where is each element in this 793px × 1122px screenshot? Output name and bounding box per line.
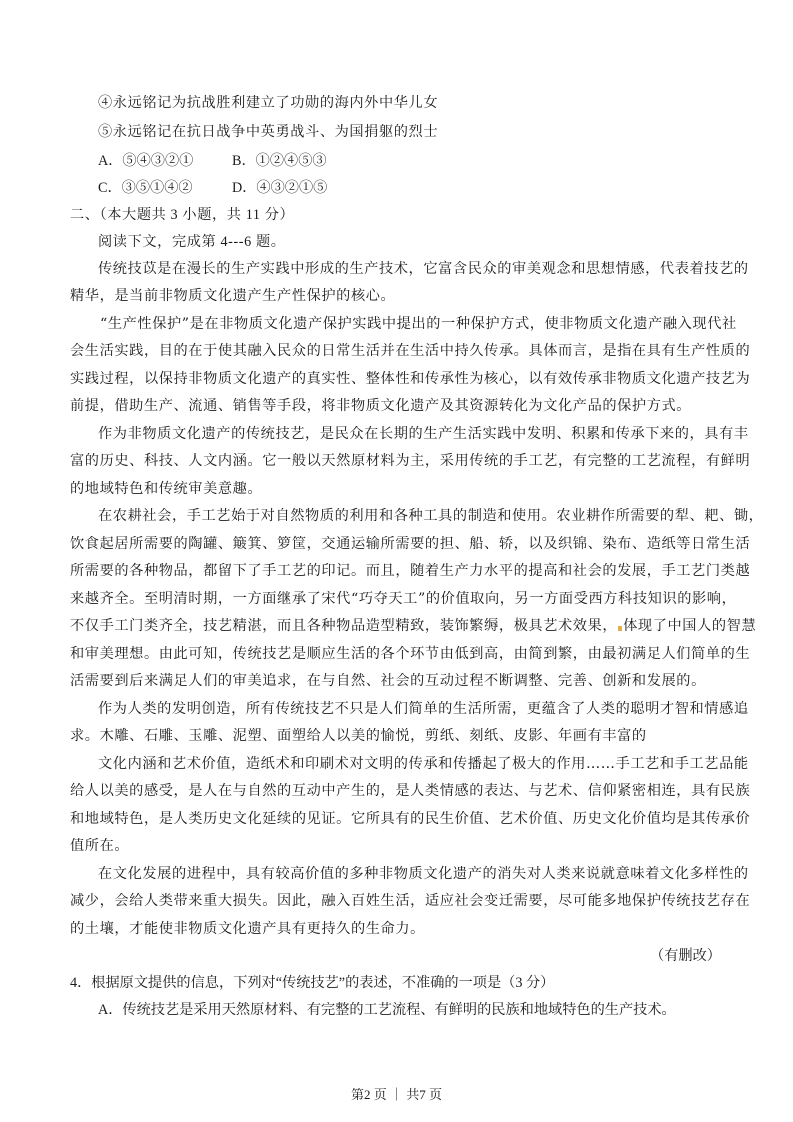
passage-line: 值所在。 (70, 835, 722, 857)
passage-line: 前提，借助生产、流通、销售等手段，将非物质文化遗产及其资源转化为文化产品的保护方… (70, 395, 722, 417)
page-footer: 第2 页 ｜ 共7 页 (0, 1084, 793, 1103)
passage-line: 的土壤，才能使非物质文化遗产具有更持久的生命力。 (70, 918, 722, 940)
question-4-stem: 4．根据原文提供的信息，下列对“传统技艺”的表述，不准确的一项是（3 分） (70, 972, 722, 994)
passage-text: 不仅手工门类齐全，技艺精湛，而且各种物品造型精致，装饰繁缛，极具艺术效果， (70, 618, 617, 634)
passage-line: 在农耕社会，手工艺始于对自然物质的利用和各种工具的制造和使用。农业耕作所需要的犁… (98, 505, 750, 527)
section-heading: 二、（本大题共 3 小题，共 11 分） (70, 204, 722, 226)
passage-line: 和地域特色，是人类历史文化延续的见证。它所具有的民生价值、艺术价值、历史文化价值… (70, 808, 722, 830)
choice-c: C．③⑤①④② (98, 177, 193, 199)
choice-d: D．④③②①⑤ (232, 177, 327, 199)
passage-line: 会生活实践，目的在于使其融入民众的日常生活并在生活中持久传承。具体而言，是指在具… (70, 340, 722, 362)
passage-line: 不仅手工门类齐全，技艺精湛，而且各种物品造型精致，装饰繁缛，极具艺术效果，体现了… (70, 615, 722, 637)
passage-line: 作为人类的发明创造，所有传统技艺不只是人们简单的生活所需，更蕴含了人类的聪明才智… (98, 698, 750, 720)
passage-line: 在文化发展的进程中，具有较高价值的多种非物质文化遗产的消失对人类来说就意味着文化… (98, 863, 750, 885)
passage-line: 给人以美的感受，是人在与自然的互动中产生的，是人类情感的表达、与艺术、信仰紧密相… (70, 780, 722, 802)
choice-b: B．①②④⑤③ (232, 150, 327, 172)
passage-line: 传统技苡是在漫长的生产实践中形成的生产技术，它富含民众的审美观念和思想情感，代表… (98, 258, 750, 280)
option-item-5: ⑤永远铭记在抗日战争中英勇战斗、为国捐躯的烈士 (98, 121, 750, 143)
passage-line: 作为非物质文化遗产的传统技艺，是民众在长期的生产生活实践中发明、积累和传承下来的… (98, 423, 750, 445)
passage-line: 精华，是当前非物质文化遗产生产性保护的核心。 (70, 285, 722, 307)
source-note: （有删改） (650, 945, 721, 967)
passage-line: “生产性保护”是在非物质文化遗产保护实践中提出的一种保护方式，使非物质文化遗产融… (100, 313, 752, 335)
cursor-mark (618, 626, 622, 631)
passage-line: 富的历史、科技、人文内涵。它一般以天然原材料为主，采用传统的手工艺，有完整的工艺… (70, 450, 722, 472)
passage-line: 活需要到后来满足人们的审美追求，在与自然、社会的互动过程不断调整、完善、创新和发… (70, 670, 722, 692)
passage-line: 实践过程，以保持非物质文化遗产的真实性、整体性和传承性为核心，以有效传承非物质文… (70, 368, 722, 390)
passage-line: 文化内涵和艺术价值，造纸术和印刷术对文明的传承和传播起了极大的作用……手工艺和手… (98, 753, 750, 775)
question-4-option-a: A．传统技艺是采用天然原材料、有完整的工艺流程、有鲜明的民族和地域特色的生产技术… (98, 999, 750, 1021)
passage-line: 所需要的各种物品，都留下了手工艺的印记。而且，随着生产力水平的提高和社会的发展，… (70, 560, 722, 582)
passage-line: 求。木雕、石雕、玉雕、泥塑、面塑给人以美的愉悦，剪纸、刻纸、皮影、年画有丰富的 (70, 725, 722, 747)
choice-a: A．⑤④③②① (98, 150, 193, 172)
option-item-4: ④永远铭记为抗战胜利建立了功勋的海内外中华儿女 (98, 92, 750, 114)
passage-line: 来越齐全。至明清时期，一方面继承了宋代“巧夺天工”的价值取向，另一方面受西方科技… (70, 588, 722, 610)
passage-line: 的地域特色和传统审美意趣。 (70, 478, 722, 500)
passage-line: 和审美理想。由此可知，传统技艺是顺应生活的各个环节由低到高，由简到繁，由最初满足… (70, 643, 722, 665)
reading-instruction: 阅读下文，完成第 4---6 题。 (98, 231, 750, 253)
passage-line: 饮食起居所需要的陶罐、簸箕、箩筐，交通运输所需要的担、船、轿，以及织锦、染布、造… (70, 533, 722, 555)
passage-text: 体现了中国人的智慧 (623, 618, 756, 634)
exam-page: ④永远铭记为抗战胜利建立了功勋的海内外中华儿女 ⑤永远铭记在抗日战争中英勇战斗、… (0, 0, 793, 1122)
passage-line: 减少，会给人类带来重大损失。因此，融入百姓生活，适应社会变迁需要，尽可能多地保护… (70, 890, 722, 912)
